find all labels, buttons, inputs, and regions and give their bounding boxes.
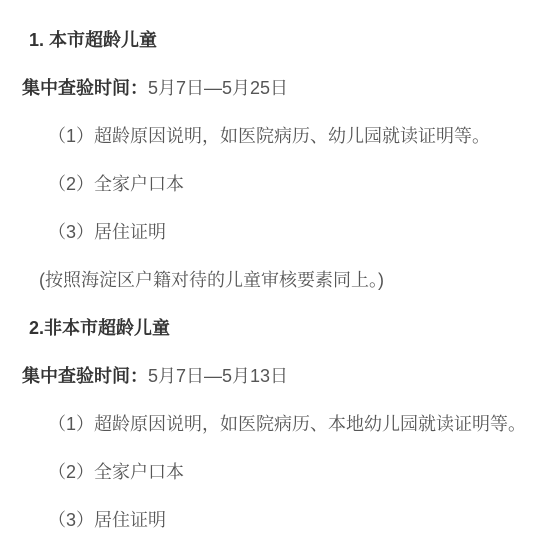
section-1-item-2: （2）全家户口本 (22, 172, 534, 196)
section-1-note: (按照海淀区户籍对待的儿童审核要素同上。) (22, 268, 534, 292)
section-1-schedule-line: 集中查验时间：5月7日—5月25日 (22, 76, 534, 100)
section-1-heading: 1. 本市超龄儿童 (22, 28, 534, 52)
schedule-value: 5月7日—5月13日 (148, 366, 288, 386)
section-2-schedule-line: 集中查验时间：5月7日—5月13日 (22, 364, 534, 388)
section-2-item-3: （3）居住证明 (22, 508, 534, 532)
section-2-item-2: （2）全家户口本 (22, 460, 534, 484)
section-1-item-1: （1）超龄原因说明，如医院病历、幼儿园就读证明等。 (22, 124, 534, 148)
schedule-label: 集中查验时间： (22, 78, 148, 98)
section-2-heading: 2.非本市超龄儿童 (22, 316, 534, 340)
section-2-item-1: （1）超龄原因说明，如医院病历、本地幼儿园就读证明等。 (22, 412, 534, 436)
schedule-value: 5月7日—5月25日 (148, 78, 288, 98)
schedule-label: 集中查验时间： (22, 366, 148, 386)
article-body: 1. 本市超龄儿童 集中查验时间：5月7日—5月25日 （1）超龄原因说明，如医… (0, 0, 544, 544)
section-1-item-3: （3）居住证明 (22, 220, 534, 244)
